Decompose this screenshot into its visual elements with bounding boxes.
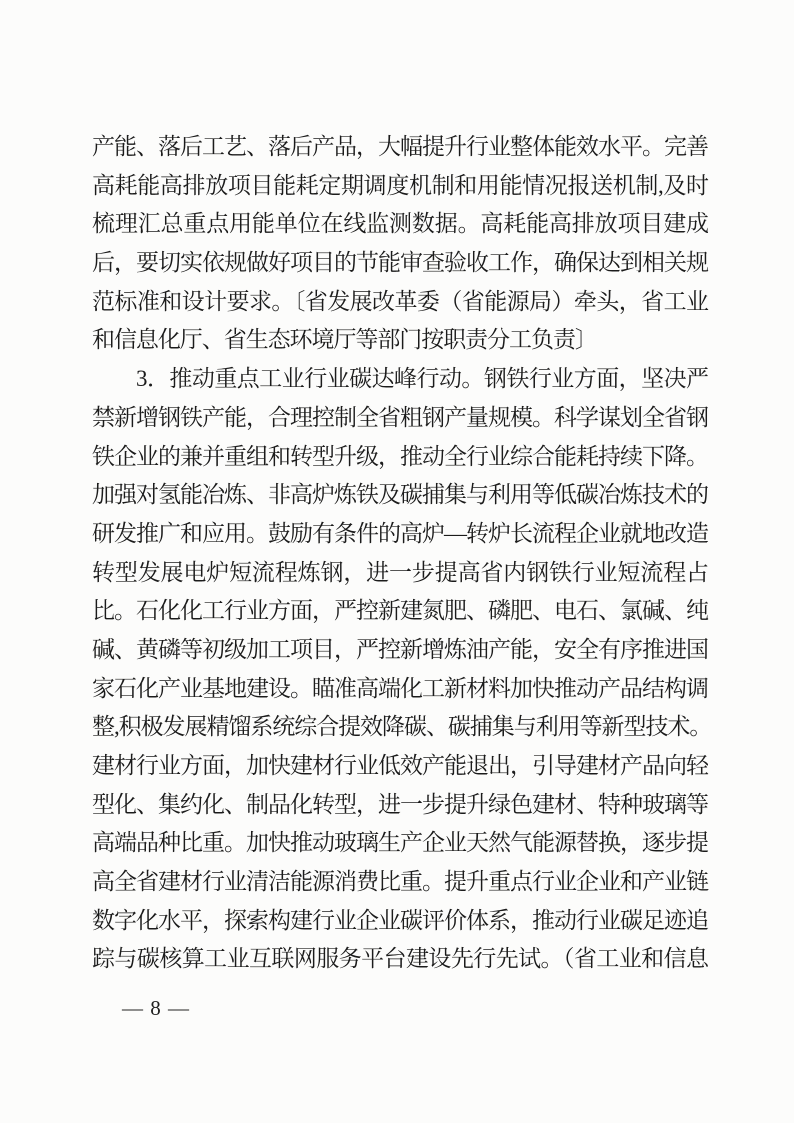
- text-line: 高耗能高排放项目能耗定期调度机制和用能情况报送机制,及时: [92, 167, 708, 206]
- text-line: 转型发展电炉短流程炼钢，进一步提高省内钢铁行业短流程占: [92, 554, 708, 593]
- document-body: 产能、落后工艺、落后产品，大幅提升行业整体能效水平。完善 高耗能高排放项目能耗定…: [92, 128, 708, 979]
- text-line: 加强对氢能冶炼、非高炉炼铁及碳捕集与利用等低碳冶炼技术的: [92, 476, 708, 515]
- text-line: 禁新增钢铁产能，合理控制全省粗钢产量规模。科学谋划全省钢: [92, 399, 708, 438]
- text-line: 整,积极发展精馏系统综合提效降碳、碳捕集与利用等新型技术。: [92, 708, 708, 747]
- text-line: 型化、集约化、制品化转型，进一步提升绿色建材、特种玻璃等: [92, 786, 708, 825]
- text-line: 建材行业方面，加快建材行业低效产能退出，引导建材产品向轻: [92, 747, 708, 786]
- text-line: 踪与碳核算工业互联网服务平台建设先行先试。（省工业和信息: [92, 940, 708, 979]
- text-line: 后，要切实依规做好项目的节能审查验收工作，确保达到相关规: [92, 244, 708, 283]
- text-line: 范标准和设计要求。〔省发展改革委（省能源局）牵头，省工业: [92, 283, 708, 322]
- text-line: 家石化产业基地建设。瞄准高端化工新材料加快推动产品结构调: [92, 670, 708, 709]
- text-line: 研发推广和应用。鼓励有条件的高炉—转炉长流程企业就地改造: [92, 515, 708, 554]
- text-line: 梳理汇总重点用能单位在线监测数据。高耗能高排放项目建成: [92, 205, 708, 244]
- text-line: 碱、黄磷等初级加工项目，严控新增炼油产能，安全有序推进国: [92, 631, 708, 670]
- text-line: 高全省建材行业清洁能源消费比重。提升重点行业企业和产业链: [92, 863, 708, 902]
- document-page: 产能、落后工艺、落后产品，大幅提升行业整体能效水平。完善 高耗能高排放项目能耗定…: [0, 0, 794, 1123]
- text-line: 产能、落后工艺、落后产品，大幅提升行业整体能效水平。完善: [92, 128, 708, 167]
- text-line-item-3-heading: 3．推动重点工业行业碳达峰行动。钢铁行业方面，坚决严: [92, 360, 708, 399]
- page-number: — 8 —: [122, 996, 190, 1021]
- text-line: 和信息化厅、省生态环境厅等部门按职责分工负责〕: [92, 321, 708, 360]
- text-line: 数字化水平，探索构建行业企业碳评价体系，推动行业碳足迹追: [92, 902, 708, 941]
- text-line: 高端品种比重。加快推动玻璃生产企业天然气能源替换，逐步提: [92, 824, 708, 863]
- text-line: 铁企业的兼并重组和转型升级，推动全行业综合能耗持续下降。: [92, 438, 708, 477]
- text-line: 比。石化化工行业方面，严控新建氮肥、磷肥、电石、氯碱、纯: [92, 592, 708, 631]
